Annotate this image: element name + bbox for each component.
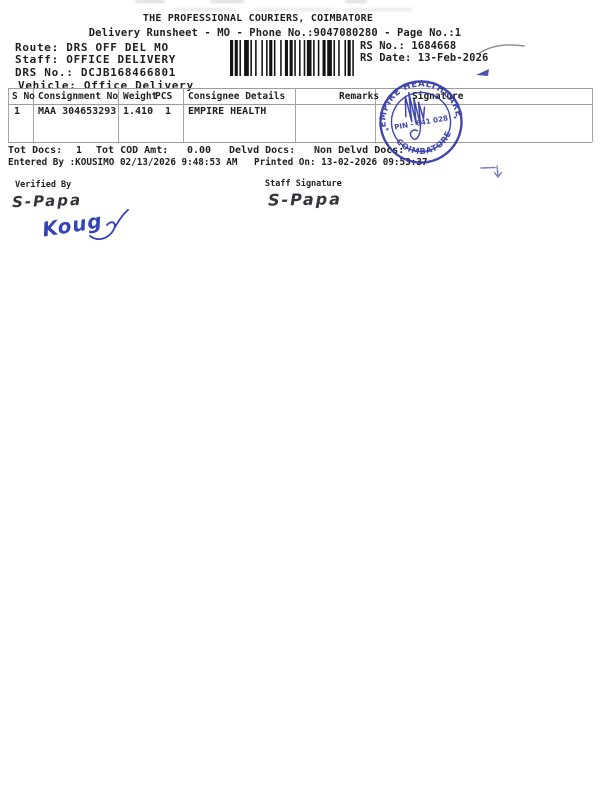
stamp-star-left: ★ [384, 125, 390, 134]
drs-no-value: DCJB168466801 [81, 66, 176, 79]
drs-no-line: DRS No.: DCJB168466801 [15, 66, 176, 79]
tot-docs-label: Tot Docs: [8, 145, 62, 156]
scan-artifact [255, 8, 333, 11]
blue-smear-mark [476, 69, 489, 76]
row-consignment-no: MAA 304653293 [38, 106, 116, 117]
rs-no-label: RS No.: [360, 40, 405, 52]
tot-cod-label: Tot COD Amt: [96, 145, 168, 156]
pen-marks-overlay [0, 0, 600, 800]
table-col-divider [183, 88, 184, 142]
scan-artifact [135, 0, 165, 3]
delvd-docs-label: Delvd Docs: [229, 145, 295, 156]
row-pcs: 1 [165, 106, 171, 117]
table-bottom-border [8, 142, 592, 143]
table-top-border [8, 88, 592, 89]
rs-no-value: 1684668 [411, 40, 456, 52]
drs-no-label: DRS No.: [15, 66, 74, 79]
table-border-left [8, 88, 9, 142]
verified-by-handwritten-signature: S-Papa [12, 191, 83, 211]
blue-dash-arrow-mark [481, 166, 502, 177]
row-s-no: 1 [14, 106, 20, 117]
scan-artifact [345, 8, 413, 11]
table-col-divider [118, 88, 119, 142]
staff-signature-label: Staff Signature [265, 179, 342, 189]
tot-docs-value: 1 [76, 145, 82, 156]
staff-value: OFFICE DELIVERY [66, 53, 176, 66]
col-header-consignment-no: Consignment No [38, 91, 118, 102]
table-border-right [592, 88, 593, 142]
table-header-border [8, 104, 592, 105]
stamp-overlap-scribble [402, 90, 430, 140]
stamp-center-text: PIN - 641 028 [393, 113, 448, 131]
staff-handwritten-signature: S-Papa [268, 189, 342, 209]
scan-artifact [210, 0, 244, 3]
col-header-pcs: PCS [155, 91, 172, 102]
row-weight: 1.410 [123, 106, 153, 117]
rs-date-value: 13-Feb-2026 [418, 52, 489, 64]
stamp-arc-bottom-text: COIMBATORE [393, 127, 456, 160]
col-header-consignee-details: Consignee Details [188, 91, 285, 102]
col-header-remarks: Remarks [339, 91, 379, 102]
tot-cod-value: 0.00 [187, 145, 211, 156]
blue-pen-signature: Koug [40, 208, 104, 241]
barcode [230, 40, 357, 76]
staff-label: Staff: [15, 53, 59, 66]
company-title: THE PROFESSIONAL COURIERS, COIMBATORE [0, 13, 516, 24]
col-header-s-no: S No [12, 91, 35, 102]
verified-by-label: Verified By [15, 180, 71, 190]
round-stamp: EMPIRE HEALTHCARE COIMBATORE ★ ★ PIN - 6… [377, 78, 465, 166]
col-header-weight: Weight [123, 91, 157, 102]
table-col-divider [295, 88, 296, 142]
rs-date-line: RS Date: 13-Feb-2026 [360, 52, 488, 64]
svg-text:COIMBATORE: COIMBATORE [393, 127, 456, 160]
row-consignee: EMPIRE HEALTH [188, 106, 266, 117]
staff-line: Staff: OFFICE DELIVERY [15, 53, 176, 66]
rs-no-line: RS No.: 1684668 [360, 40, 456, 52]
rs-date-label: RS Date: [360, 52, 411, 64]
runsheet-subtitle: Delivery Runsheet - MO - Phone No.:90470… [0, 27, 550, 39]
entered-by-text: Entered By :KOUSIMO 02/13/2026 9:48:53 A… [8, 157, 238, 168]
scan-artifact [345, 0, 367, 3]
delivery-runsheet-document: THE PROFESSIONAL COURIERS, COIMBATORE De… [0, 0, 600, 800]
scan-artifact [175, 8, 233, 11]
